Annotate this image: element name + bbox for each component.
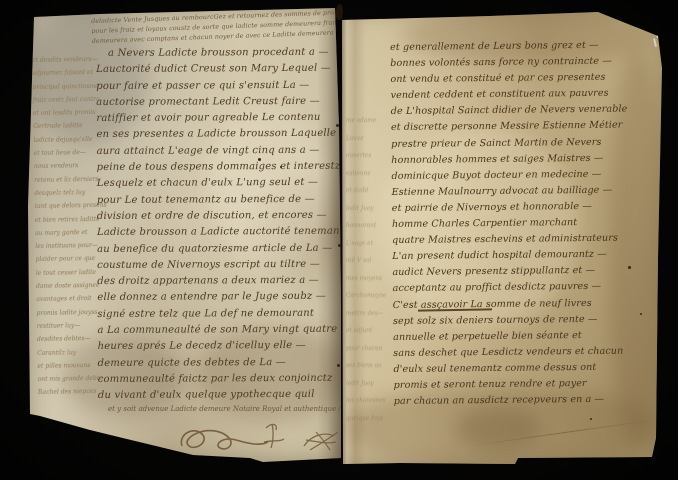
text-line: du vivant d'eulx quelque ypothecque quil [98, 387, 348, 405]
right-page-body-text: et generallement de Leurs bons grez et —… [390, 37, 658, 410]
text-line: communeaulté faictz par les deux conjoin… [98, 371, 348, 389]
ghost-line: mes moyens [346, 270, 392, 288]
ink-speck [337, 364, 340, 367]
text-line: auctorise promectant Ledit Creust faire … [96, 94, 346, 112]
ghost-line: ledit Juoy [346, 200, 392, 218]
paper-stain [455, 406, 540, 451]
gutter-fiber [335, 4, 344, 21]
ghost-line: Louve [346, 130, 392, 148]
marginal-note: retenu et liz derniers [34, 172, 106, 187]
text-line: a La communeaulté de son Mary vingt quat… [97, 322, 347, 340]
text-line: Lesquelz et chacun d'eulx L'ung seul et … [97, 175, 347, 193]
marginal-note: desquelz telz luy [34, 186, 106, 201]
text-line: peine de tous despens dommaiges et inter… [97, 159, 347, 177]
text-line: ratiffier et avoir pour agreable Le cont… [96, 110, 346, 128]
marginal-note: fraiz cestz faut contra [33, 93, 105, 108]
manuscript-scan: deladicte Vente Jusques au rembourcGez e… [0, 0, 678, 480]
text-line: quatre Maistres eschevins et administrat… [392, 230, 656, 249]
ghost-line: et adjuré [346, 322, 392, 340]
ghost-line: quelque foys [346, 410, 392, 428]
marginal-note: Gertrude laditte [33, 119, 105, 134]
text-line: pour Le tout tenemantz au benefice de — [97, 191, 347, 209]
ghost-line: les chanoines [346, 392, 392, 410]
ink-speck [338, 244, 341, 247]
ink-speck [628, 266, 631, 269]
text-line: a Nevers Ladicte brousson procedant a — [96, 45, 346, 63]
text-line: signé estre telz que La def ne demourant [97, 305, 347, 323]
marginal-note: et ont lesdits promis [33, 106, 105, 121]
ink-speck [336, 124, 339, 127]
ghost-line: L'eage et [346, 235, 392, 253]
ghost-line: ouvertes [346, 147, 392, 165]
text-line: et discrette personne Messire Estienne M… [391, 118, 655, 137]
ghost-line: ledit Juoy [346, 375, 392, 393]
text-line: au benefice du quatorziesme article de L… [97, 240, 347, 258]
ghost-line: et doibt [346, 182, 392, 200]
text-line: sans deschet que Lesdictz vendeurs et ch… [393, 343, 657, 362]
ghost-line: honnorant [346, 217, 392, 235]
ink-speck [280, 166, 282, 168]
text-line: aura attainct L'eage de vingt cinq ans a… [97, 142, 347, 160]
left-page-body-text: a Nevers Ladicte brousson procedant a —L… [96, 45, 348, 405]
ghost-line: estienne [346, 165, 392, 183]
text-line: Lauctorité dudict Creust son Mary Lequel… [96, 61, 346, 79]
text-line: par chacun an ausdictz recepveurs en a — [394, 391, 658, 410]
ink-speck [640, 313, 642, 315]
text-line: pour faire et passer ce qui s'ensuit La … [96, 77, 346, 95]
right-page: me adameLouveouvertesestienneet doibtled… [340, 8, 665, 466]
marginal-note: adjournez faisant et [32, 66, 104, 81]
ghost-line: ses biens au [346, 357, 392, 375]
text-line: Ladicte brousson a Ladicte auctorité ten… [97, 224, 347, 242]
text-line: en ses presentes a Ladicte brousson Laqu… [96, 126, 346, 144]
ghost-line: mettre des— [346, 305, 392, 323]
text-line: division et ordre de discution, et encor… [97, 208, 347, 226]
ink-speck [590, 418, 592, 420]
text-line: heures aprés Le decedz d'icelluy elle — [98, 338, 348, 356]
ghost-line: mil V sol [346, 252, 392, 270]
left-page: deladicte Vente Jusques au rembourcGez e… [28, 6, 343, 462]
marginal-note: ladicte dejusqu'elle [33, 133, 105, 148]
ink-speck [258, 158, 261, 161]
left-page-header-text: deladicte Vente Jusques au rembourcGez e… [91, 8, 344, 47]
marginal-note: et tout lieue de— [34, 146, 106, 161]
text-line: coustume de Nivernoys escript au tiltre … [97, 257, 347, 275]
text-line: des droitz appartenans a deux mariez a — [97, 273, 347, 291]
ghost-line: pour chacun [346, 340, 392, 358]
marginal-note: et desdits vendeurs— [32, 53, 104, 68]
ghost-line: Carchamoyne [346, 287, 392, 305]
marginal-note: principal quinctiesme [32, 79, 104, 94]
marginal-note: nous vendeurs [34, 159, 106, 174]
signature-flourish [176, 412, 344, 462]
show-through-text: me adameLouveouvertesestienneet doibtled… [346, 112, 392, 427]
text-line: demeure quicte des debtes de La — [98, 354, 348, 372]
text-line: elle donnez a entendre par le Juge soubz… [97, 289, 347, 307]
frayed-thread [656, 26, 662, 38]
ghost-line: me adame [346, 112, 392, 130]
